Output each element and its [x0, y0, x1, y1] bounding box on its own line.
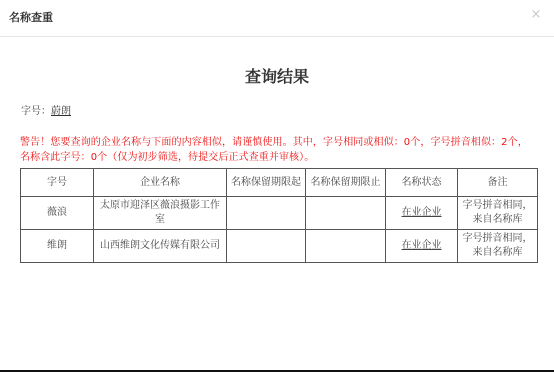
result-title: 查询结果 — [0, 67, 554, 87]
header-note: 备注 — [458, 169, 538, 197]
cell-name: 维朗 — [21, 230, 94, 263]
cell-company: 山西维朗文化传媒有限公司 — [94, 230, 227, 263]
cell-reserve-end — [306, 230, 386, 263]
header-reserve-end: 名称保留期限止 — [306, 169, 386, 197]
cell-reserve-start — [227, 230, 306, 263]
name-value: 蔚朗 — [51, 106, 71, 117]
cell-name: 薇浪 — [21, 197, 94, 230]
status-link[interactable]: 在业企业 — [402, 240, 442, 251]
result-table: 字号 企业名称 名称保留期限起 名称保留期限止 名称状态 备注 薇浪 太原市迎泽… — [20, 168, 538, 263]
header-company: 企业名称 — [94, 169, 227, 197]
header-status: 名称状态 — [386, 169, 458, 197]
header-reserve-start: 名称保留期限起 — [227, 169, 306, 197]
cell-company: 太原市迎泽区薇浪摄影工作室 — [94, 197, 227, 230]
dialog-header: 名称查重 × — [0, 0, 554, 37]
cell-status: 在业企业 — [386, 230, 458, 263]
cell-reserve-end — [306, 197, 386, 230]
status-link[interactable]: 在业企业 — [402, 207, 442, 218]
cell-note: 字号拼音相同，来自名称库 — [458, 197, 538, 230]
cell-status: 在业企业 — [386, 197, 458, 230]
cell-note: 字号拼音相同，来自名称库 — [458, 230, 538, 263]
cell-reserve-start — [227, 197, 306, 230]
table-row: 维朗 山西维朗文化传媒有限公司 在业企业 字号拼音相同，来自名称库 — [21, 230, 538, 263]
table-row: 薇浪 太原市迎泽区薇浪摄影工作室 在业企业 字号拼音相同，来自名称库 — [21, 197, 538, 230]
table-header-row: 字号 企业名称 名称保留期限起 名称保留期限止 名称状态 备注 — [21, 169, 538, 197]
name-line: 字号：蔚朗 — [21, 105, 71, 118]
close-icon[interactable]: × — [529, 8, 543, 22]
name-check-dialog: 名称查重 × 查询结果 字号：蔚朗 警告！您要查询的企业名称与下面的内容相似，请… — [0, 0, 554, 370]
dialog-title: 名称查重 — [9, 11, 53, 25]
header-name: 字号 — [21, 169, 94, 197]
name-label: 字号： — [21, 106, 51, 117]
warning-message: 警告！您要查询的企业名称与下面的内容相似，请谨慎使用。其中，字号相同或相似：0个… — [20, 135, 536, 165]
